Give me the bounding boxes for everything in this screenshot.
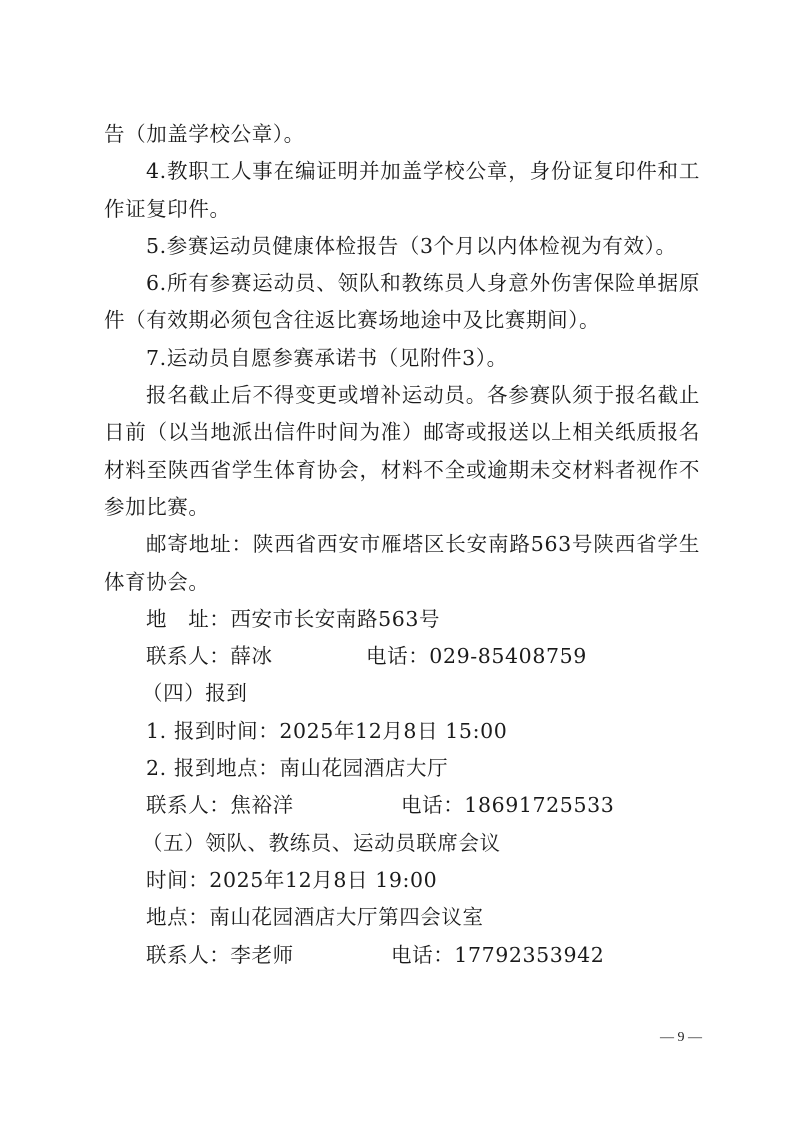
paragraph-line: 6.所有参赛运动员、领队和教练员人身意外伤害保险单据原: [104, 265, 700, 302]
contact-name: 联系人：焦裕洋: [146, 787, 401, 824]
address-line: 地 址：西安市长安南路563号: [104, 601, 700, 638]
contact-phone: 电话：17792353942: [391, 937, 604, 974]
paragraph-line: 报名截止后不得变更或增补运动员。各参赛队须于报名截止: [104, 377, 700, 414]
contact-row-checkin: 联系人：焦裕洋 电话：18691725533: [104, 787, 700, 824]
checkin-time: 1. 报到时间：2025年12月8日 15:00: [104, 713, 700, 750]
contact-name: 联系人：薛冰: [146, 638, 366, 675]
checkin-place: 2. 报到地点：南山花园酒店大厅: [104, 750, 700, 787]
paragraph-line: 7.运动员自愿参赛承诺书（见附件3）。: [104, 340, 700, 377]
meeting-time: 时间：2025年12月8日 19:00: [104, 862, 700, 899]
section-heading-meeting: （五）领队、教练员、运动员联席会议: [104, 825, 700, 862]
paragraph-line: 5.参赛运动员健康体检报告（3个月以内体检视为有效）。: [104, 228, 700, 265]
paragraph-line: 4.教职工人事在编证明并加盖学校公章，身份证复印件和工: [104, 153, 700, 190]
meeting-place: 地点：南山花园酒店大厅第四会议室: [104, 899, 700, 936]
document-page: 告（加盖学校公章）。 4.教职工人事在编证明并加盖学校公章，身份证复印件和工 作…: [104, 116, 700, 974]
paragraph-line: 件（有效期必须包含往返比赛场地途中及比赛期间）。: [104, 302, 700, 339]
paragraph-line: 告（加盖学校公章）。: [104, 116, 700, 153]
paragraph-line: 日前（以当地派出信件时间为准）邮寄或报送以上相关纸质报名: [104, 414, 700, 451]
paragraph-line: 作证复印件。: [104, 191, 700, 228]
paragraph-line: 材料至陕西省学生体育协会，材料不全或逾期未交材料者视作不: [104, 452, 700, 489]
mailing-address-line: 体育协会。: [104, 564, 700, 601]
page-number: — 9 —: [660, 1030, 702, 1046]
contact-phone: 电话：029-85408759: [366, 638, 587, 675]
contact-row-meeting: 联系人：李老师 电话：17792353942: [104, 937, 700, 974]
mailing-address-line: 邮寄地址：陕西省西安市雁塔区长安南路563号陕西省学生: [104, 526, 700, 563]
paragraph-line: 参加比赛。: [104, 489, 700, 526]
contact-phone: 电话：18691725533: [401, 787, 614, 824]
contact-name: 联系人：李老师: [146, 937, 391, 974]
contact-row-registration-materials: 联系人：薛冰 电话：029-85408759: [104, 638, 700, 675]
section-heading-checkin: （四）报到: [104, 675, 700, 712]
